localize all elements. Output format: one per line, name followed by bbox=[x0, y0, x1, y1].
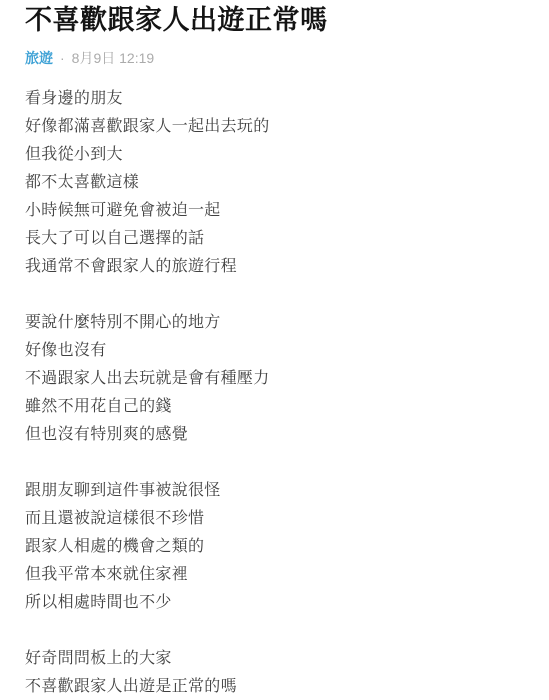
topic-link[interactable]: 旅遊 bbox=[25, 48, 53, 68]
post-paragraph: 好奇問問板上的大家 不喜歡跟家人出遊是正常的嗎 bbox=[25, 645, 524, 700]
post-title: 不喜歡跟家人出遊正常嗎 bbox=[25, 2, 524, 38]
post-body: 看身邊的朋友 好像都滿喜歡跟家人一起出去玩的 但我從小到大 都不太喜歡這樣 小時… bbox=[25, 85, 524, 700]
post-meta: 旅遊 · 8月9日 12:19 bbox=[25, 48, 524, 68]
post-page: 不喜歡跟家人出遊正常嗎 旅遊 · 8月9日 12:19 看身邊的朋友 好像都滿喜… bbox=[0, 0, 549, 700]
post-paragraph: 看身邊的朋友 好像都滿喜歡跟家人一起出去玩的 但我從小到大 都不太喜歡這樣 小時… bbox=[25, 85, 524, 281]
post-timestamp: 8月9日 12:19 bbox=[72, 48, 155, 68]
post-paragraph: 要說什麼特別不開心的地方 好像也沒有 不過跟家人出去玩就是會有種壓力 雖然不用花… bbox=[25, 309, 524, 449]
meta-separator: · bbox=[60, 48, 65, 68]
post-paragraph: 跟朋友聊到這件事被說很怪 而且還被說這樣很不珍惜 跟家人相處的機會之類的 但我平… bbox=[25, 477, 524, 617]
